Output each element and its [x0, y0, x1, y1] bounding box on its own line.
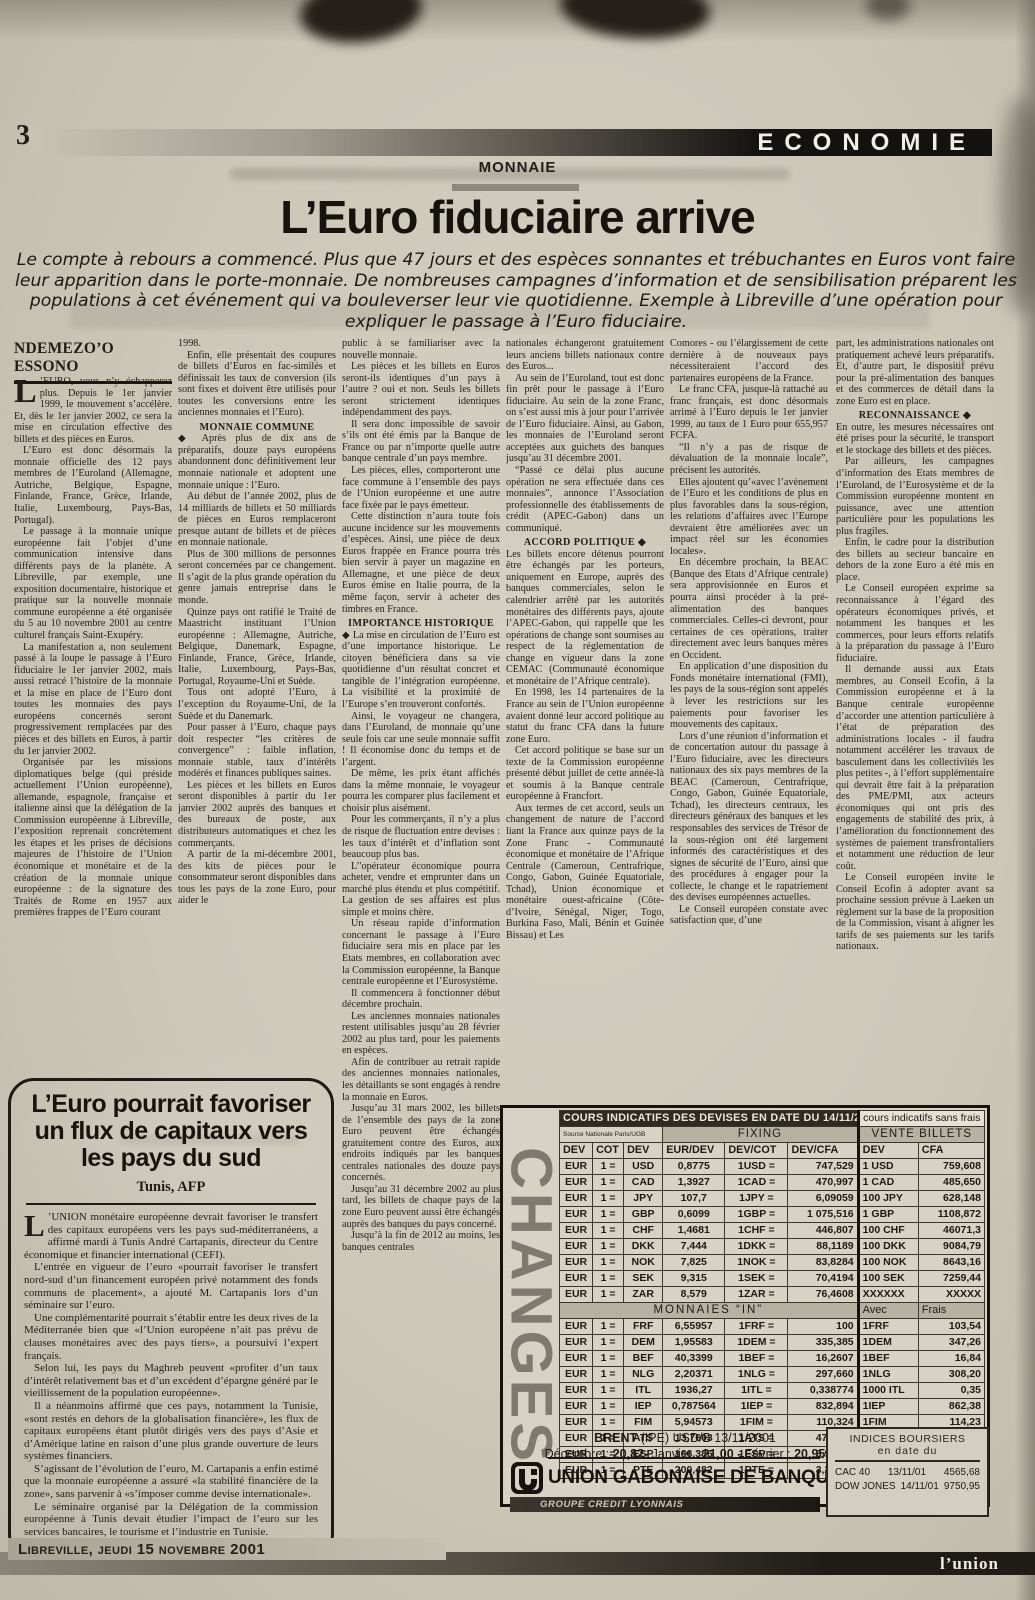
- boxed-article-byline: Tunis, AFP: [24, 1179, 318, 1196]
- ugb-rule: [548, 1457, 820, 1459]
- fx-cell: ZAR: [624, 1287, 663, 1303]
- article-paragraph: Il sera donc impossible de savoir s’ils …: [342, 419, 500, 465]
- index-cell: 13/11/01: [888, 1467, 926, 1478]
- fx-cell: 1 =: [593, 1351, 624, 1367]
- fx-cell: USD: [624, 1159, 663, 1175]
- article-paragraph: Les anciennes monnaies nationales resten…: [342, 1011, 500, 1057]
- fx-cell: 1 =: [593, 1287, 624, 1303]
- fx-cell: 0,787564: [663, 1399, 725, 1415]
- article-paragraph: Quinze pays ont ratifié le Traité de Maa…: [178, 607, 336, 688]
- section-subhead: IMPORTANCE HISTORIQUE: [342, 618, 500, 630]
- fx-cell: 1USD =: [725, 1159, 788, 1175]
- fx-cell: XXXXXX: [858, 1287, 918, 1303]
- fx-cell: 1 CAD: [858, 1175, 918, 1191]
- fx-cell: 100 SEK: [858, 1271, 918, 1287]
- fx-cell: EUR: [560, 1351, 593, 1367]
- fx-cell: 1 USD: [858, 1159, 918, 1175]
- article-paragraph: part, les administrations nationales ont…: [836, 338, 994, 407]
- article-paragraph: Aux termes de cet accord, seuls un chang…: [506, 803, 664, 942]
- fx-cell: 485,650: [918, 1175, 984, 1191]
- fx-cell: EUR: [560, 1207, 593, 1223]
- article-paragraph: MONNAIE COMMUNE◆ Après plus de dix ans d…: [178, 422, 336, 491]
- fx-cell: 1 =: [593, 1335, 624, 1351]
- fx-cell: 1 =: [593, 1191, 624, 1207]
- index-cell: 4565,68: [944, 1467, 980, 1478]
- article-paragraph: “Il n’y a pas de risque de dévaluation d…: [670, 442, 828, 477]
- section-banner: ECONOMIE: [30, 129, 992, 156]
- article-paragraph: La manifestation a, non seulement passé …: [14, 642, 172, 757]
- article-paragraph: Le franc CFA, jusque-là rattaché au fran…: [670, 384, 828, 442]
- exchange-title: COURS INDICATIFS DES DEVISES EN DATE DU …: [560, 1111, 859, 1127]
- exchange-rows-out: EUR1 =USD0,87751USD =747,5291 USD759,608…: [560, 1159, 985, 1303]
- ugb-bank-logo-icon: [510, 1461, 544, 1495]
- fx-column-header: DEV/CFA: [788, 1143, 858, 1159]
- main-headline: L’Euro fiduciaire arrive: [0, 190, 1035, 244]
- fx-cell: 1 =: [593, 1271, 624, 1287]
- fx-cell: 1 =: [593, 1159, 624, 1175]
- article-paragraph: L’'opérateur économique pourra acheter, …: [342, 861, 500, 919]
- fx-cell: FIM: [624, 1415, 663, 1431]
- article-column-4: nationales échangeront gratuitement leur…: [506, 338, 664, 1090]
- index-cell: 9750,95: [944, 1481, 980, 1492]
- fx-cell: 1DEM =: [725, 1335, 788, 1351]
- article-paragraph: Plus de 300 millions de personnes seront…: [178, 549, 336, 607]
- fx-cell: 1 =: [593, 1319, 624, 1335]
- boxed-article: L’Euro pourrait favoriser un flux de cap…: [8, 1078, 334, 1560]
- article-column-5: Comores - ou l’élargissement de cette de…: [670, 338, 828, 1104]
- article-paragraph: L’EURO, vous n’y échapperez plus. Depuis…: [14, 376, 172, 445]
- fx-cell: 1SEK =: [725, 1271, 788, 1287]
- article-paragraph: Le passage à la monnaie unique européenn…: [14, 526, 172, 641]
- fx-cell: JPY: [624, 1191, 663, 1207]
- article-paragraph: Jusqu’à la fin de 2012 au moins, les ban…: [342, 1230, 500, 1253]
- fx-cell: 1 =: [593, 1367, 624, 1383]
- fx-cell: 347,26: [918, 1335, 984, 1351]
- fx-cell: 1 =: [593, 1175, 624, 1191]
- fx-cell: EUR: [560, 1223, 593, 1239]
- fx-cell: 862,38: [918, 1399, 984, 1415]
- fx-column-header: DEV: [624, 1143, 663, 1159]
- indices-title: INDICES BOURSIERS: [835, 1433, 980, 1445]
- fx-cell: CAD: [624, 1175, 663, 1191]
- fx-cell: 308,20: [918, 1367, 984, 1383]
- brent-label: BRENT: [594, 1431, 637, 1445]
- article-paragraph: A partir de la mi-décembre 2001, des kit…: [178, 849, 336, 907]
- fx-cell: 1BEF: [858, 1351, 918, 1367]
- article-column-6: part, les administrations nationales ont…: [836, 338, 994, 1084]
- fx-cell: 0,338774: [788, 1383, 858, 1399]
- article-paragraph: Ainsi, le voyageur ne changera, dans l’E…: [342, 711, 500, 769]
- fx-cell: 100: [788, 1319, 858, 1335]
- fx-cell: 100 CHF: [858, 1223, 918, 1239]
- fx-cell: EUR: [560, 1319, 593, 1335]
- drop-cap: L: [14, 376, 40, 406]
- fx-cell: 46071,3: [918, 1223, 984, 1239]
- fx-row: EUR1 =IEP0,7875641IEP =832,8941IEP862,38: [560, 1399, 985, 1415]
- fx-column-header: COT: [593, 1143, 624, 1159]
- fx-cell: 1IEP =: [725, 1399, 788, 1415]
- article-paragraph: 1998.: [178, 338, 336, 350]
- fx-cell: 7259,44: [918, 1271, 984, 1287]
- index-cell: CAC 40: [835, 1467, 870, 1478]
- fx-cell: 1GBP =: [725, 1207, 788, 1223]
- article-paragraph: RECONNAISSANCE ◆En outre, les mesures né…: [836, 410, 994, 456]
- fx-cell: DKK: [624, 1239, 663, 1255]
- fx-cell: 8,579: [663, 1287, 725, 1303]
- no-fees-label: cours indicatifs sans frais: [858, 1111, 984, 1127]
- article-paragraph: Jusqu’au 31 mars 2002, les billets de l’…: [342, 1103, 500, 1184]
- fx-cell: IEP: [624, 1399, 663, 1415]
- indices-rows: CAC 4013/11/014565,68DOW JONES14/11/0197…: [835, 1467, 980, 1492]
- fx-cell: 335,385: [788, 1335, 858, 1351]
- article-paragraph: Organisée par les missions diplomatiques…: [14, 757, 172, 919]
- article-paragraph: En application d’une disposition du Fond…: [670, 661, 828, 730]
- fx-column-header: EUR/DEV: [663, 1143, 725, 1159]
- fx-cell: FRF: [624, 1319, 663, 1335]
- fx-cell: 7,444: [663, 1239, 725, 1255]
- fx-cell: 107,7: [663, 1191, 725, 1207]
- fx-cell: 5,94573: [663, 1415, 725, 1431]
- article-column-1: L’EURO, vous n’y échapperez plus. Depuis…: [14, 376, 172, 1072]
- fx-row: EUR1 =DKK7,4441DKK =88,1189100 DKK9084,7…: [560, 1239, 985, 1255]
- article-paragraph: nationales échangeront gratuitement leur…: [506, 338, 664, 373]
- section-subhead: ACCORD POLITIQUE ◆: [506, 537, 664, 549]
- ugb-group-bar: GROUPE CREDIT LYONNAIS: [510, 1497, 820, 1512]
- fx-cell: 0,35: [918, 1383, 984, 1399]
- fx-cell: EUR: [560, 1415, 593, 1431]
- masthead-logo: l’union: [940, 1554, 999, 1574]
- fx-cell: 1FRF =: [725, 1319, 788, 1335]
- fx-cell: 8643,16: [918, 1255, 984, 1271]
- footer-date: Libreville, jeudi 15 novembre 2001: [18, 1541, 265, 1558]
- article-paragraph: Enfin, le cadre pour la distribution des…: [836, 537, 994, 583]
- fx-cell: 70,4194: [788, 1271, 858, 1287]
- source-label: Source Nationale Paris/UGB: [560, 1127, 663, 1143]
- article-paragraph: Il commencera à fonctionner début décemb…: [342, 988, 500, 1011]
- article-paragraph: L’UNION monétaire européenne devrait fav…: [24, 1211, 318, 1261]
- fx-cell: 747,529: [788, 1159, 858, 1175]
- fx-row: EUR1 =NLG2,203711NLG =297,6601NLG308,20: [560, 1367, 985, 1383]
- fx-cell: DEM: [624, 1335, 663, 1351]
- boxed-article-title: L’Euro pourrait favoriser un flux de cap…: [24, 1091, 318, 1172]
- fx-cell: 446,807: [788, 1223, 858, 1239]
- fx-cell: 759,608: [918, 1159, 984, 1175]
- fx-column-header: DEV/COT: [725, 1143, 788, 1159]
- article-paragraph: Afin de contribuer au retrait rapide des…: [342, 1057, 500, 1103]
- fx-cell: 7,825: [663, 1255, 725, 1271]
- fx-cell: 1CHF =: [725, 1223, 788, 1239]
- brent-detail: (IPE) USD/B 13/11/2001: [637, 1431, 776, 1445]
- fx-cell: 1CAD =: [725, 1175, 788, 1191]
- article-paragraph: De même, les prix étant affichés dans la…: [342, 768, 500, 814]
- fx-cell: 100 NOK: [858, 1255, 918, 1271]
- fx-cell: 1 GBP: [858, 1207, 918, 1223]
- fx-row: EUR1 =BEF40,33991BEF =16,26071BEF16,84: [560, 1351, 985, 1367]
- article-column-3: public à se familiariser avec la nouvell…: [342, 338, 500, 1538]
- fixing-label: FIXING: [663, 1127, 858, 1143]
- fx-cell: 1DKK =: [725, 1239, 788, 1255]
- monnaies-in-band: MONNAIES “IN” Avec Frais: [560, 1303, 985, 1319]
- article-paragraph: Pour les commerçants, il n’y a plus de r…: [342, 814, 500, 860]
- fx-cell: 1DEM: [858, 1335, 918, 1351]
- fx-cell: 470,997: [788, 1175, 858, 1191]
- fx-cell: 1 =: [593, 1399, 624, 1415]
- fx-cell: 628,148: [918, 1191, 984, 1207]
- fx-cell: 16,84: [918, 1351, 984, 1367]
- fx-cell: GBP: [624, 1207, 663, 1223]
- fx-cell: 1 =: [593, 1223, 624, 1239]
- fx-cell: 1 =: [593, 1239, 624, 1255]
- fx-cell: EUR: [560, 1191, 593, 1207]
- fx-row: EUR1 =JPY107,71JPY =6,09059100 JPY628,14…: [560, 1191, 985, 1207]
- article-paragraph: Le Conseil européen constate avec satisf…: [670, 904, 828, 927]
- fx-cell: 100 JPY: [858, 1191, 918, 1207]
- fx-cell: 297,660: [788, 1367, 858, 1383]
- boxed-article-rule: [26, 1203, 316, 1205]
- article-paragraph: Cette distinction n’aura toute fois aucu…: [342, 511, 500, 615]
- lead-paragraph: Le compte à rebours a commencé. Plus que…: [14, 250, 1018, 332]
- article-paragraph: Jusqu’au 31 décembre 2002 au plus tard, …: [342, 1184, 500, 1230]
- article-paragraph: Un réseau rapide d’information concernan…: [342, 918, 500, 987]
- exchange-band-row: Source Nationale Paris/UGB FIXING VENTE …: [560, 1127, 985, 1143]
- page-number: 3: [16, 120, 30, 152]
- index-cell: 14/11/01: [901, 1481, 939, 1492]
- article-paragraph: Le séminaire organisé par la Délégation …: [24, 1501, 318, 1539]
- fx-cell: 6,09059: [788, 1191, 858, 1207]
- fx-cell: 9084,79: [918, 1239, 984, 1255]
- fx-cell: 1FRF: [858, 1319, 918, 1335]
- fx-cell: 1,4681: [663, 1223, 725, 1239]
- section-subhead: MONNAIE COMMUNE: [178, 422, 336, 434]
- fx-row: EUR1 =GBP0,60991GBP =1 075,5161 GBP1108,…: [560, 1207, 985, 1223]
- fx-cell: 1 =: [593, 1383, 624, 1399]
- fx-cell: 2,20371: [663, 1367, 725, 1383]
- article-paragraph: IMPORTANCE HISTORIQUE◆ La mise en circul…: [342, 618, 500, 710]
- fx-row: EUR1 =CHF1,46811CHF =446,807100 CHF46071…: [560, 1223, 985, 1239]
- fx-cell: 1 =: [593, 1415, 624, 1431]
- article-paragraph: Il a néanmoins affirmé que ces pays, not…: [24, 1400, 318, 1463]
- fx-cell: 1NLG =: [725, 1367, 788, 1383]
- article-paragraph: Enfin, elle présentait des coupures de b…: [178, 350, 336, 419]
- fx-cell: 1ZAR =: [725, 1287, 788, 1303]
- article-paragraph: L’entrée en vigueur de l’euro «pourrait …: [24, 1261, 318, 1311]
- fx-row: EUR1 =SEK9,3151SEK =70,4194100 SEK7259,4…: [560, 1271, 985, 1287]
- article-paragraph: L’Euro est donc désormais la monnaie off…: [14, 445, 172, 526]
- fx-cell: 1NLG: [858, 1367, 918, 1383]
- vente-billets-label: VENTE BILLETS: [858, 1127, 984, 1143]
- fx-row: EUR1 =ITL1936,271ITL =0,3387741000 ITL0,…: [560, 1383, 985, 1399]
- fx-cell: EUR: [560, 1239, 593, 1255]
- article-paragraph: Les pièces, elles, comporteront une face…: [342, 465, 500, 511]
- kicker: MONNAIE: [0, 159, 1035, 176]
- fx-cell: 0,8775: [663, 1159, 725, 1175]
- article-paragraph: Au début de l’année 2002, plus de 14 mil…: [178, 491, 336, 549]
- fx-cell: 16,2607: [788, 1351, 858, 1367]
- fx-cell: EUR: [560, 1399, 593, 1415]
- fx-cell: EUR: [560, 1335, 593, 1351]
- fx-cell: 1,3927: [663, 1175, 725, 1191]
- fx-cell: 40,3399: [663, 1351, 725, 1367]
- brent-title-line: BRENT (IPE) USD/B 13/11/2001: [515, 1431, 855, 1445]
- ugb-logo-row: UNION GABONAISE DE BANQUE: [510, 1461, 820, 1495]
- fx-cell: NLG: [624, 1367, 663, 1383]
- fx-cell: 0,6099: [663, 1207, 725, 1223]
- article-paragraph: public à se familiariser avec la nouvell…: [342, 338, 500, 361]
- exchange-table: COURS INDICATIFS DES DEVISES EN DATE DU …: [559, 1110, 985, 1479]
- fx-row: EUR1 =FRF6,559571FRF =1001FRF103,54: [560, 1319, 985, 1335]
- article-paragraph: “Passé ce délai plus aucune opération ne…: [506, 465, 664, 534]
- article-paragraph: Par ailleurs, les campagnes d’informatio…: [836, 456, 994, 537]
- monnaies-in-label: MONNAIES “IN”: [560, 1303, 859, 1319]
- fx-cell: 1,95583: [663, 1335, 725, 1351]
- fx-cell: EUR: [560, 1367, 593, 1383]
- article-paragraph: Il demande aussi aux Etats membres, au C…: [836, 664, 994, 872]
- fx-cell: EUR: [560, 1159, 593, 1175]
- article-paragraph: Les pièces et les billets en Euros seron…: [342, 361, 500, 419]
- fx-cell: 88,1189: [788, 1239, 858, 1255]
- fx-cell: NOK: [624, 1255, 663, 1271]
- exchange-title-row: COURS INDICATIFS DES DEVISES EN DATE DU …: [560, 1111, 985, 1127]
- fx-cell: 1000 ITL: [858, 1383, 918, 1399]
- fx-cell: 1FIM =: [725, 1415, 788, 1431]
- avec-label: Avec: [858, 1303, 918, 1319]
- fx-row: EUR1 =ZAR8,5791ZAR =76,4608XXXXXXXXXXX: [560, 1287, 985, 1303]
- fx-cell: EUR: [560, 1175, 593, 1191]
- article-paragraph: Le Conseil européen exprime sa reconnais…: [836, 583, 994, 664]
- fx-cell: 1 =: [593, 1207, 624, 1223]
- stock-indices-box: INDICES BOURSIERS en date du CAC 4013/11…: [826, 1427, 989, 1517]
- fx-cell: 1 =: [593, 1255, 624, 1271]
- fx-cell: 1ITL =: [725, 1383, 788, 1399]
- boxed-article-body: L’UNION monétaire européenne devrait fav…: [24, 1211, 318, 1538]
- fx-cell: 1936,27: [663, 1383, 725, 1399]
- frais-label: Frais: [918, 1303, 984, 1319]
- fx-cell: EUR: [560, 1255, 593, 1271]
- fx-column-header: DEV: [560, 1143, 593, 1159]
- article-paragraph: Lors d’une réunion d’information et de c…: [670, 731, 828, 904]
- fx-cell: 832,894: [788, 1399, 858, 1415]
- article-paragraph: Comores - ou l’élargissement de cette de…: [670, 338, 828, 384]
- fx-cell: XXXXX: [918, 1287, 984, 1303]
- article-paragraph: Selon lui, les pays du Maghreb peuvent «…: [24, 1362, 318, 1400]
- article-paragraph: En décembre prochain, la BEAC (Banque de…: [670, 557, 828, 661]
- fx-cell: 1108,872: [918, 1207, 984, 1223]
- fx-cell: 103,54: [918, 1319, 984, 1335]
- fx-cell: 1BEF =: [725, 1351, 788, 1367]
- index-cell: DOW JONES: [835, 1481, 896, 1492]
- article-paragraph: Les pièces et les billets en Euros seron…: [178, 780, 336, 849]
- fx-cell: EUR: [560, 1383, 593, 1399]
- index-row: DOW JONES14/11/019750,95: [835, 1481, 980, 1492]
- fx-column-header: CFA: [918, 1143, 984, 1159]
- article-column-2: 1998.Enfin, elle présentait des coupures…: [178, 338, 336, 1072]
- footer-date-bar: Libreville, jeudi 15 novembre 2001: [8, 1538, 446, 1560]
- drop-cap: L: [24, 1211, 48, 1238]
- ugb-bank-name: UNION GABONAISE DE BANQUE: [548, 1467, 841, 1489]
- article-paragraph: Tous ont adopté l’Euro, à l’exception du…: [178, 687, 336, 722]
- section-subhead: RECONNAISSANCE ◆: [836, 410, 994, 422]
- ugb-group-label: GROUPE CREDIT LYONNAIS: [540, 1499, 683, 1510]
- fx-column-header: DEV: [858, 1143, 918, 1159]
- article-paragraph: S’agissant de l’évolution de l’euro, M. …: [24, 1463, 318, 1501]
- fx-cell: 6,55957: [663, 1319, 725, 1335]
- newspaper-page: 3 ECONOMIE MONNAIE L’Euro fiduciaire arr…: [0, 0, 1035, 1600]
- article-paragraph: Elles ajoutent qu’«avec l’avènement de l…: [670, 477, 828, 558]
- fx-cell: 100 DKK: [858, 1239, 918, 1255]
- indices-subtitle: en date du: [835, 1445, 980, 1462]
- fx-row: EUR1 =CAD1,39271CAD =470,9971 CAD485,650: [560, 1175, 985, 1191]
- article-paragraph: Une complémentarité pourrait s’établir e…: [24, 1312, 318, 1362]
- fx-cell: 76,4608: [788, 1287, 858, 1303]
- article-paragraph: Pour passer à l’Euro, chaque pays doit r…: [178, 722, 336, 780]
- fx-cell: 9,315: [663, 1271, 725, 1287]
- section-title: ECONOMIE: [757, 129, 976, 157]
- exchange-column-headers: DEVCOTDEVEUR/DEVDEV/COTDEV/CFADEVCFA: [560, 1143, 985, 1159]
- fx-row: EUR1 =DEM1,955831DEM =335,3851DEM347,26: [560, 1335, 985, 1351]
- fx-row: EUR1 =USD0,87751USD =747,5291 USD759,608: [560, 1159, 985, 1175]
- article-paragraph: En 1998, les 14 partenaires de la France…: [506, 687, 664, 745]
- fx-cell: 83,8284: [788, 1255, 858, 1271]
- fx-cell: 1IEP: [858, 1399, 918, 1415]
- article-paragraph: Au sein de l’Euroland, tout est donc fin…: [506, 373, 664, 465]
- article-paragraph: Cet accord politique se base sur un text…: [506, 745, 664, 803]
- article-paragraph: ACCORD POLITIQUE ◆Les billets encore dét…: [506, 537, 664, 687]
- fx-row: EUR1 =NOK7,8251NOK =83,8284100 NOK8643,1…: [560, 1255, 985, 1271]
- fx-cell: ITL: [624, 1383, 663, 1399]
- fx-cell: SEK: [624, 1271, 663, 1287]
- ugb-ad: UNION GABONAISE DE BANQUE GROUPE CREDIT …: [510, 1457, 820, 1512]
- fx-cell: EUR: [560, 1271, 593, 1287]
- fx-cell: 1 075,516: [788, 1207, 858, 1223]
- index-row: CAC 4013/11/014565,68: [835, 1467, 980, 1478]
- fx-cell: 1JPY =: [725, 1191, 788, 1207]
- fx-cell: 1NOK =: [725, 1255, 788, 1271]
- article-paragraph: Le Conseil européen invite le Conseil Ec…: [836, 872, 994, 953]
- fx-cell: BEF: [624, 1351, 663, 1367]
- fx-cell: CHF: [624, 1223, 663, 1239]
- fx-cell: EUR: [560, 1287, 593, 1303]
